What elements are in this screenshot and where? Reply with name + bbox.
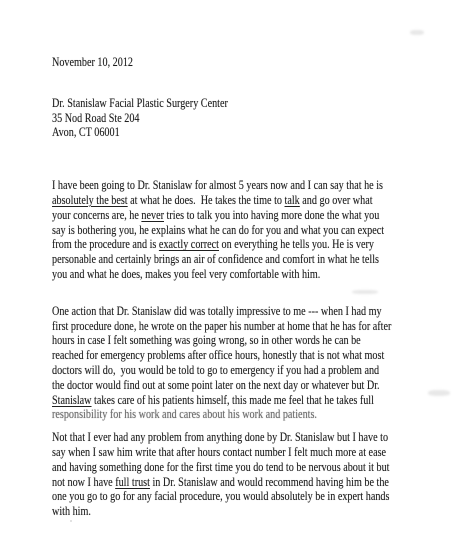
- letter-text: One action that Dr. Stanislaw did was to…: [52, 304, 382, 318]
- letter-line: the doctor would find out at some point …: [52, 378, 463, 393]
- letter-text: the doctor would find out at some point …: [52, 378, 380, 392]
- letter-line: responsibility for his work and cares ab…: [52, 407, 463, 422]
- letter-line: reached for emergency problems after off…: [52, 348, 463, 363]
- letter-line: you and what he does, makes you feel ver…: [52, 267, 463, 282]
- letter-line: absolutely the best at what he does. He …: [52, 193, 463, 208]
- letter-text: not now I have: [52, 475, 115, 489]
- letter-line: Stanislaw takes care of his patients him…: [52, 393, 463, 408]
- underlined-text: never: [141, 208, 164, 222]
- letter-line: One action that Dr. Stanislaw did was to…: [52, 304, 463, 319]
- letter-text: in Dr. Stanislaw and would recommend hav…: [150, 475, 389, 489]
- underlined-text: full trust: [115, 475, 150, 489]
- letter-text: at what he does. He takes the time to: [128, 193, 285, 207]
- recipient-street: 35 Nod Road Ste 204: [52, 111, 463, 126]
- letter-paragraph: One action that Dr. Stanislaw did was to…: [52, 304, 463, 422]
- letter-paragraph: I have been going to Dr. Stanislaw for a…: [52, 178, 463, 282]
- letter-line: not now I have full trust in Dr. Stanisl…: [52, 475, 463, 490]
- scanned-letter-page: November 10, 2012 Dr. Stanislaw Facial P…: [0, 0, 463, 538]
- letter-text: doctors will do, you would be told to go…: [52, 363, 379, 377]
- letter-text: on everything he tells you. He is very: [219, 237, 374, 251]
- letter-line: Not that I ever had any problem from any…: [52, 430, 463, 445]
- scan-smudge: [352, 290, 378, 294]
- letter-date: November 10, 2012: [52, 55, 463, 70]
- letter-text: I have been going to Dr. Stanislaw for a…: [52, 178, 383, 192]
- scan-smudge: [410, 30, 424, 35]
- letter-line: hours in case I felt something was going…: [52, 333, 463, 348]
- letter-text: Not that I ever had any problem from any…: [52, 430, 388, 444]
- letter-text: say is bothering you, he explains what h…: [52, 223, 384, 237]
- scan-speck: [70, 520, 72, 522]
- letter-text: one you go to go for any facial procedur…: [52, 489, 389, 503]
- letter-line: personable and certainly brings an air o…: [52, 252, 463, 267]
- recipient-name: Dr. Stanislaw Facial Plastic Surgery Cen…: [52, 96, 463, 111]
- letter-text: tries to talk you into having more done …: [164, 208, 379, 222]
- letter-text: your concerns are, he: [52, 208, 141, 222]
- letter-line: from the procedure and is exactly correc…: [52, 237, 463, 252]
- letter-line: say when I saw him write that after hour…: [52, 445, 463, 460]
- underlined-text: talk: [285, 193, 300, 207]
- letter-line: with him.: [52, 504, 463, 519]
- letter-text: say when I saw him write that after hour…: [52, 445, 386, 459]
- letter-line: doctors will do, you would be told to go…: [52, 363, 463, 378]
- recipient-address: Dr. Stanislaw Facial Plastic Surgery Cen…: [52, 96, 463, 140]
- letter-text: and having something done for the first …: [52, 460, 389, 474]
- scan-smudge: [428, 390, 450, 396]
- underlined-text: Stanislaw: [52, 393, 92, 407]
- letter-line: one you go to go for any facial procedur…: [52, 489, 463, 504]
- letter-text: hours in case I felt something was going…: [52, 333, 361, 347]
- letter-text: from the procedure and is: [52, 237, 159, 251]
- letter-line: first procedure done, he wrote on the pa…: [52, 319, 463, 334]
- letter-text: reached for emergency problems after off…: [52, 348, 384, 362]
- letter-text: you and what he does, makes you feel ver…: [52, 267, 320, 281]
- scan-speck: [62, 512, 65, 514]
- letter-text: first procedure done, he wrote on the pa…: [52, 319, 391, 333]
- letter-line: your concerns are, he never tries to tal…: [52, 208, 463, 223]
- letter-content: November 10, 2012 Dr. Stanislaw Facial P…: [52, 55, 463, 519]
- letter-text: takes care of his patients himself, this…: [92, 393, 374, 407]
- letter-text: with him.: [52, 504, 91, 518]
- underlined-text: absolutely the best: [52, 193, 128, 207]
- underlined-text: exactly correct: [159, 237, 219, 251]
- letter-line: and having something done for the first …: [52, 460, 463, 475]
- letter-paragraph: Not that I ever had any problem from any…: [52, 430, 463, 519]
- letter-line: say is bothering you, he explains what h…: [52, 223, 463, 238]
- recipient-city: Avon, CT 06001: [52, 125, 463, 140]
- letter-text: and go over what: [300, 193, 373, 207]
- letter-body: I have been going to Dr. Stanislaw for a…: [52, 178, 463, 519]
- letter-line: I have been going to Dr. Stanislaw for a…: [52, 178, 463, 193]
- letter-text: responsibility for his work and cares ab…: [52, 407, 317, 421]
- letter-text: personable and certainly brings an air o…: [52, 252, 379, 266]
